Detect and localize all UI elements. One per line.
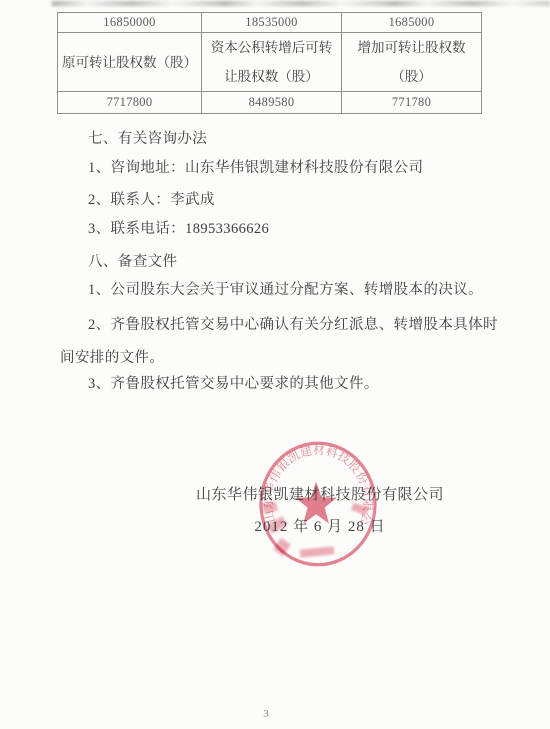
table-cell: 8489580 (202, 92, 342, 114)
document-page: 16850000 18535000 1685000 原可转让股权数（股） 资本公… (0, 0, 550, 729)
table-cell: 7717800 (58, 92, 202, 114)
scan-artifact-top (52, 1, 550, 6)
list-item: 1、公司股东大会关于审议通过分配方案、转增股本的决议。 (60, 282, 506, 299)
list-item: 2、齐鲁股权托管交易中心确认有关分红派息、转增股本具体时间安排的文件。 (60, 309, 506, 375)
list-item: 1、咨询地址：山东华伟银凯建材科技股份有限公司 (60, 160, 506, 177)
table-row: 16850000 18535000 1685000 (58, 13, 482, 33)
signature-date: 2012 年 6 月 28 日 (145, 515, 495, 536)
list-item: 2、联系人：李武成 (60, 192, 506, 209)
table-header-cell: 资本公积转增后可转让股权数（股） (202, 33, 342, 92)
list-item: 3、齐鲁股权托管交易中心要求的其他文件。 (60, 376, 506, 393)
table-row: 7717800 8489580 771780 (58, 92, 482, 114)
section-heading: 七、有关咨询办法 (60, 131, 506, 148)
list-item: 3、联系电话：18953366626 (60, 221, 506, 238)
table-cell: 1685000 (342, 13, 482, 33)
signature-company: 山东华伟银凯建材科技股份有限公司 (145, 483, 495, 504)
table-header-cell: 增加可转让股权数（股） (342, 33, 482, 92)
page-number: 3 (256, 708, 276, 720)
share-table: 16850000 18535000 1685000 原可转让股权数（股） 资本公… (57, 12, 482, 114)
table-cell: 18535000 (202, 13, 342, 33)
table-header-cell: 原可转让股权数（股） (58, 33, 202, 92)
table-cell: 771780 (342, 92, 482, 114)
table-row: 原可转让股权数（股） 资本公积转增后可转让股权数（股） 增加可转让股权数（股） (58, 33, 482, 92)
table-cell: 16850000 (58, 13, 202, 33)
section-heading: 八、备查文件 (60, 254, 506, 271)
